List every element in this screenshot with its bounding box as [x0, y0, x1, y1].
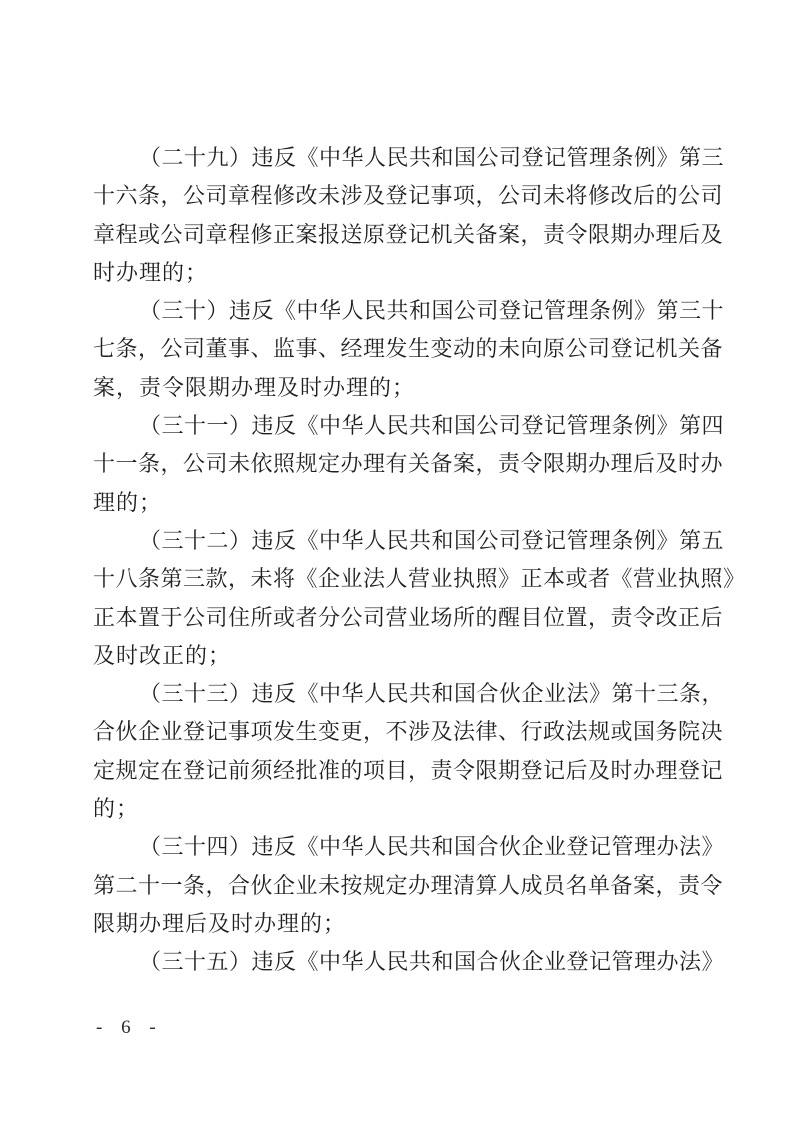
text-line: 案，责令限期办理及时办理的；	[93, 369, 705, 407]
paragraph-item-33: （三十三）违反《中华人民共和国合伙企业法》第十三条， 合伙企业登记事项发生变更，…	[93, 675, 705, 828]
paragraph-item-32: （三十二）违反《中华人民共和国公司登记管理条例》第五 十八条第三款，未将《企业法…	[93, 522, 705, 675]
text-line: 十八条第三款，未将《企业法人营业执照》正本或者《营业执照》	[93, 560, 705, 598]
text-line: 七条，公司董事、监事、经理发生变动的未向原公司登记机关备	[93, 330, 705, 368]
text-line: （三十二）违反《中华人民共和国公司登记管理条例》第五	[93, 522, 705, 560]
text-line: （三十三）违反《中华人民共和国合伙企业法》第十三条，	[93, 675, 705, 713]
text-line: 十六条，公司章程修改未涉及登记事项，公司未将修改后的公司	[93, 177, 705, 215]
text-line: （三十五）违反《中华人民共和国合伙企业登记管理办法》	[93, 943, 705, 981]
document-body-text: （二十九）违反《中华人民共和国公司登记管理条例》第三 十六条，公司章程修改未涉及…	[93, 139, 705, 982]
text-line: 章程或公司章程修正案报送原登记机关备案，责令限期办理后及	[93, 216, 705, 254]
text-line: 十一条，公司未依照规定办理有关备案，责令限期办理后及时办	[93, 445, 705, 483]
text-line: 正本置于公司住所或者分公司营业场所的醒目位置，责令改正后	[93, 599, 705, 637]
text-line: （二十九）违反《中华人民共和国公司登记管理条例》第三	[93, 139, 705, 177]
text-line: 时办理的；	[93, 254, 705, 292]
text-line: （三十四）违反《中华人民共和国合伙企业登记管理办法》	[93, 828, 705, 866]
paragraph-item-31: （三十一）违反《中华人民共和国公司登记管理条例》第四 十一条，公司未依照规定办理…	[93, 407, 705, 522]
text-line: （三十一）违反《中华人民共和国公司登记管理条例》第四	[93, 407, 705, 445]
text-line: 定规定在登记前须经批准的项目，责令限期登记后及时办理登记	[93, 752, 705, 790]
paragraph-item-35: （三十五）违反《中华人民共和国合伙企业登记管理办法》	[93, 943, 705, 981]
paragraph-item-29: （二十九）违反《中华人民共和国公司登记管理条例》第三 十六条，公司章程修改未涉及…	[93, 139, 705, 292]
document-page: （二十九）违反《中华人民共和国公司登记管理条例》第三 十六条，公司章程修改未涉及…	[0, 0, 793, 1123]
text-line: 及时改正的；	[93, 637, 705, 675]
paragraph-item-34: （三十四）违反《中华人民共和国合伙企业登记管理办法》 第二十一条，合伙企业未按规…	[93, 828, 705, 943]
text-line: 理的；	[93, 484, 705, 522]
paragraph-item-30: （三十）违反《中华人民共和国公司登记管理条例》第三十 七条，公司董事、监事、经理…	[93, 292, 705, 407]
text-line: 合伙企业登记事项发生变更，不涉及法律、行政法规或国务院决	[93, 713, 705, 751]
text-line: （三十）违反《中华人民共和国公司登记管理条例》第三十	[93, 292, 705, 330]
page-number: - 6 -	[96, 1017, 163, 1039]
text-line: 限期办理后及时办理的；	[93, 905, 705, 943]
text-line: 的；	[93, 790, 705, 828]
text-line: 第二十一条，合伙企业未按规定办理清算人成员名单备案，责令	[93, 867, 705, 905]
